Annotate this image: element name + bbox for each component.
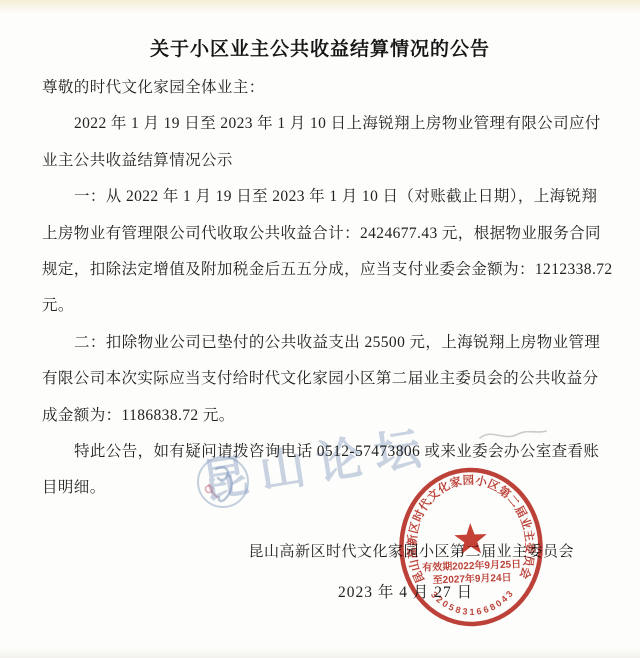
paragraph-1-line-2: 业主公共收益结算情况公示 <box>42 143 604 179</box>
seal-validity-line1: 有效期2022年9月25日 <box>422 557 521 573</box>
body-paragraphs: 2022 年 1 月 19 日至 2023 年 1 月 10 日上海锐翔上房物业… <box>42 106 604 506</box>
paragraph-1-line-1: 2022 年 1 月 19 日至 2023 年 1 月 10 日上海锐翔上房物业… <box>42 106 604 142</box>
paragraph-2-line-2: 上房物业有管理限公司代收取公共收益合计：2424677.43 元，根据物业服务合… <box>42 216 604 252</box>
seal-border <box>399 468 543 627</box>
paragraph-2-line-1: 一：从 2022 年 1 月 19 日至 2023 年 1 月 10 日（对账截… <box>42 179 604 215</box>
paragraph-2-line-4: 元。 <box>42 288 604 324</box>
paragraph-3-line-3: 成金额为：1186838.72 元。 <box>42 398 604 434</box>
document-body: 尊敬的时代文化家园全体业主： 2022 年 1 月 19 日至 2023 年 1… <box>42 70 604 507</box>
seal-star-icon <box>454 522 487 554</box>
seal-validity-line2: 至2027年9月24日 <box>432 571 511 587</box>
paragraph-3-line-1: 二：扣除物业公司已垫付的公共收益支出 25500 元，上海锐翔上房物业管理 <box>42 325 604 361</box>
announcement-page: 关于小区业主公共收益结算情况的公告 昆山论坛 尊敬的时代文化家园全体业主： 20… <box>0 0 640 658</box>
committee-seal-stamp: 昆山高新区时代文化家园小区第二届业主委员会 有效期2022年9月25日 至202… <box>393 463 549 630</box>
greeting-line: 尊敬的时代文化家园全体业主： <box>42 70 604 106</box>
paragraph-3-line-2: 有限公司本次实际应当支付给时代文化家园小区第二届业主委员会的公共收益分 <box>42 361 604 397</box>
page-title: 关于小区业主公共收益结算情况的公告 <box>0 34 640 61</box>
paragraph-2-line-3: 规定，扣除法定增值及附加税金后五五分成，应当支付业委会金额为：1212338.7… <box>42 252 604 288</box>
